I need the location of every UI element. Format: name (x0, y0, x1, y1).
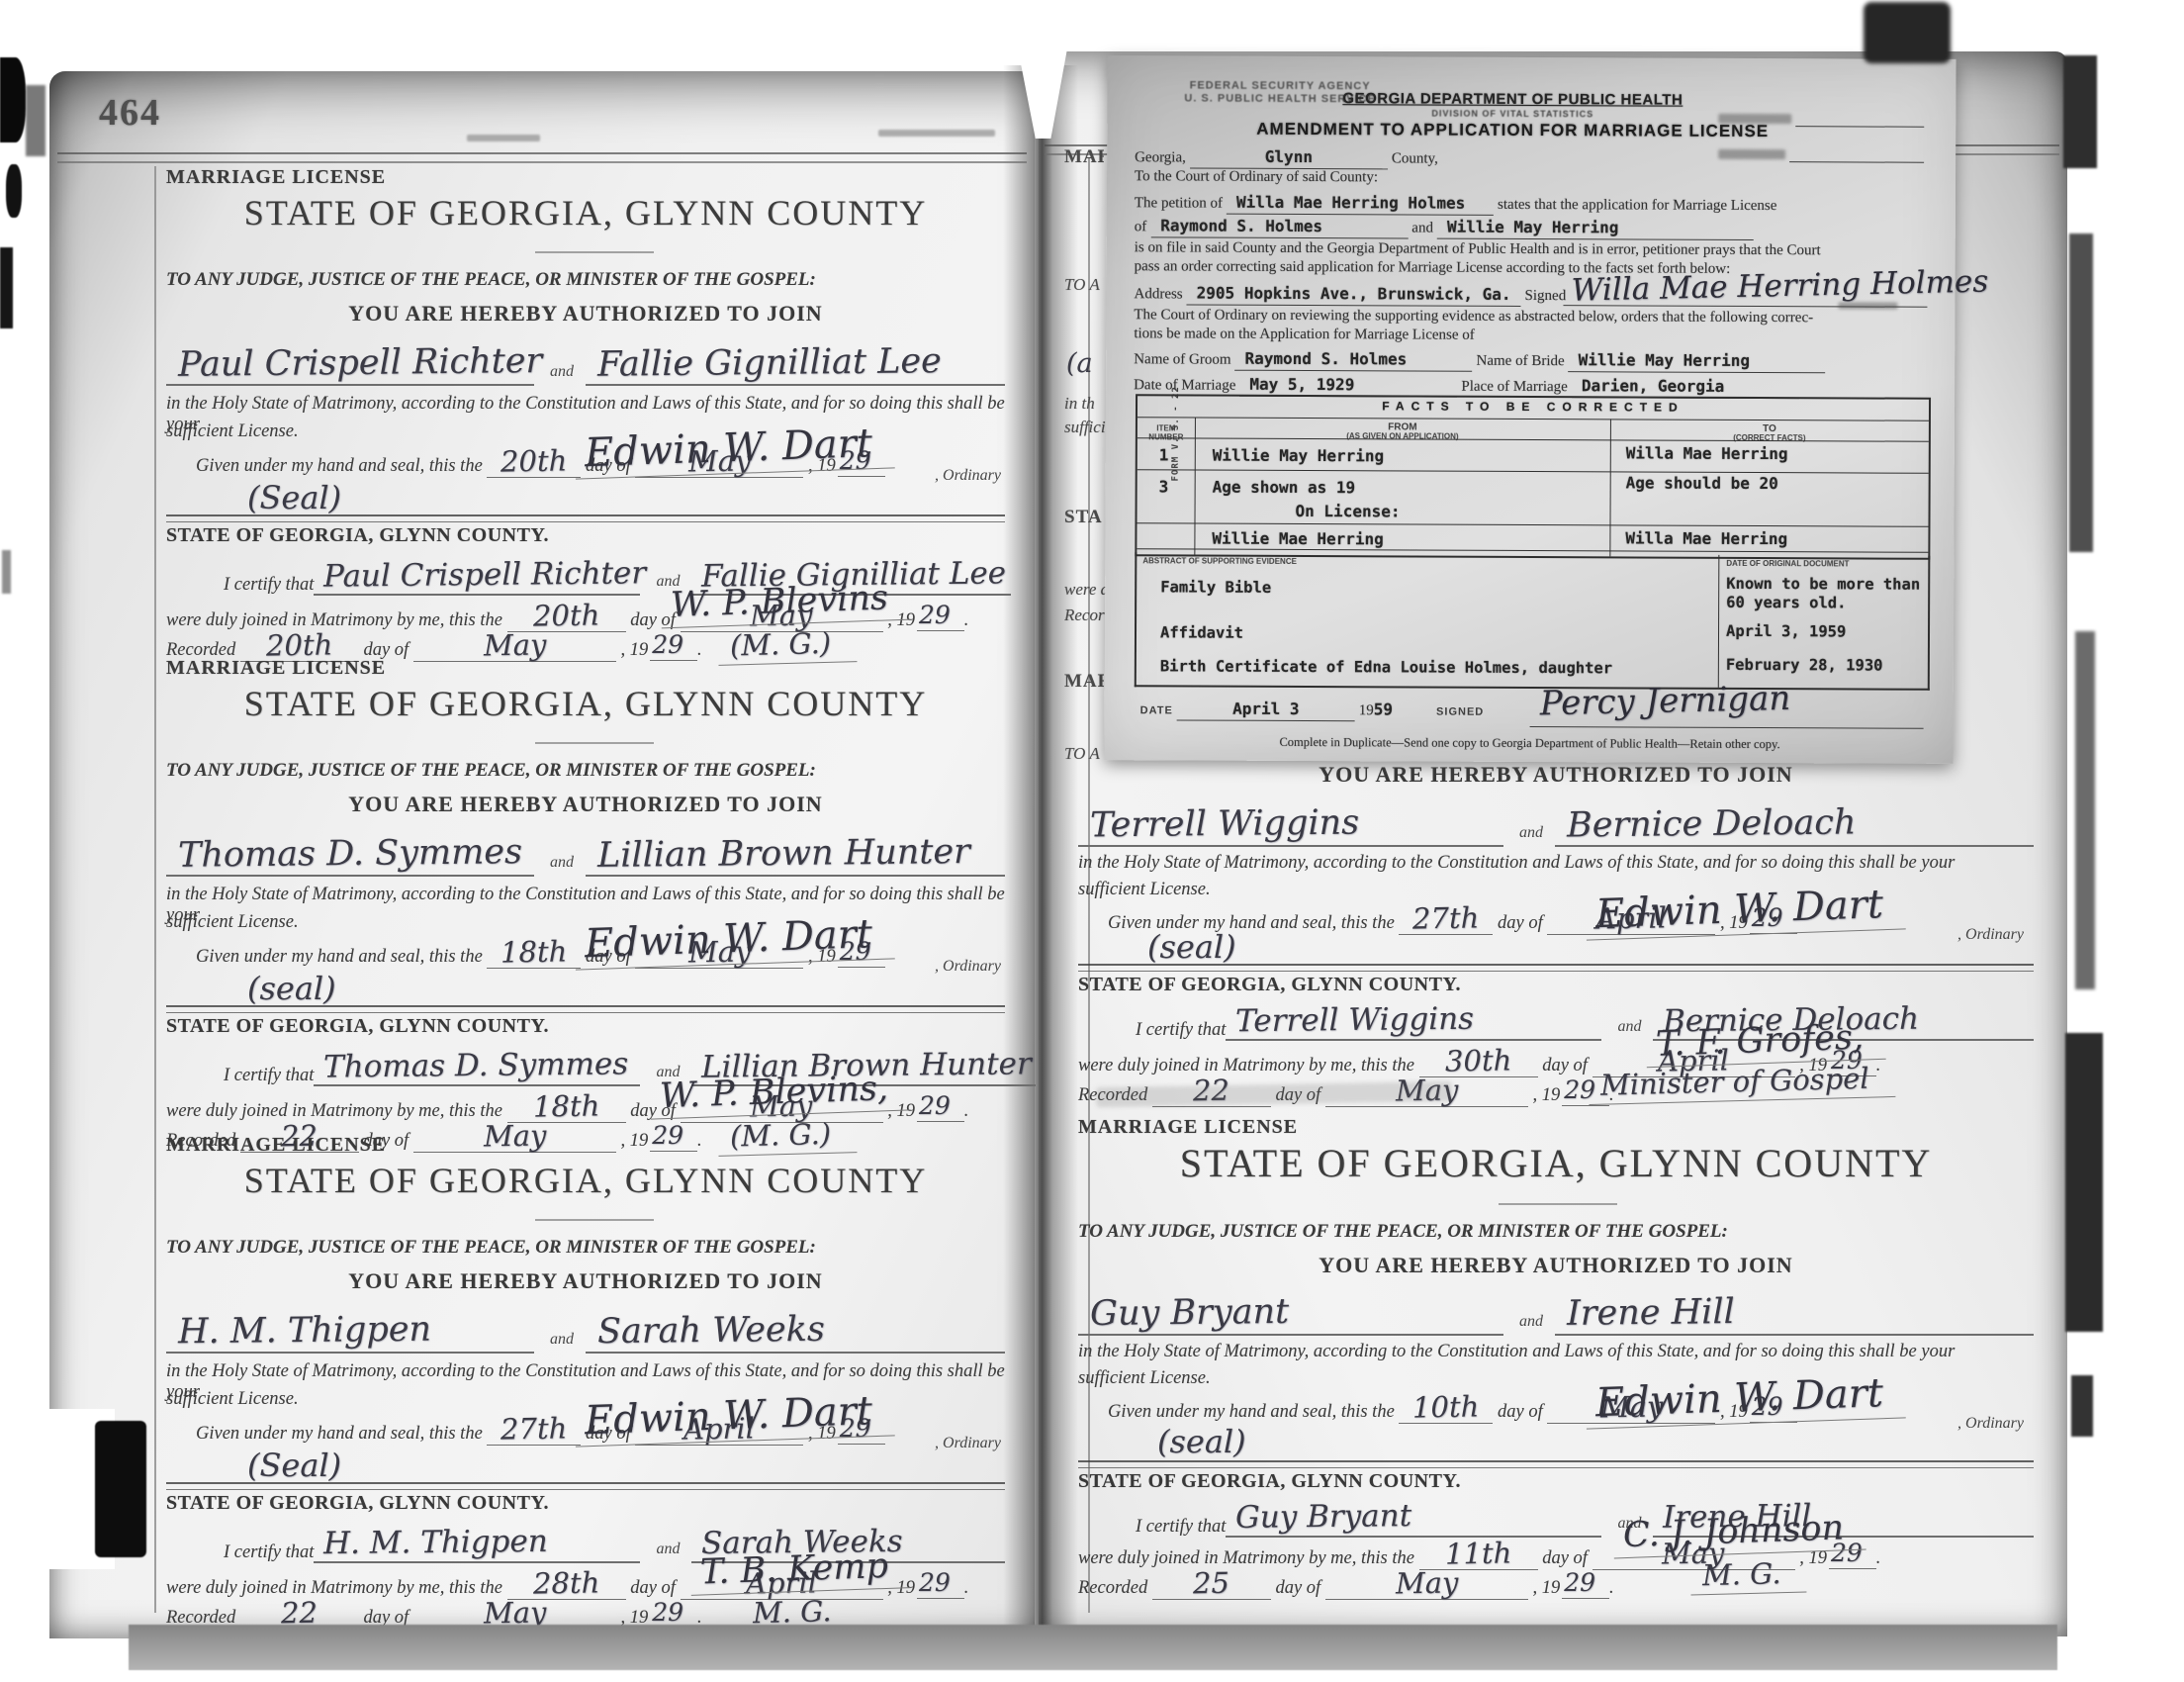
covered-text-fragment: (a (1066, 348, 1106, 379)
officiant-signature: C. J. Johnson (1612, 1508, 1865, 1559)
couple-names-line: Terrell Wiggins and Bernice Deloach (1078, 794, 2034, 847)
from-value: Age shown as 19 (1213, 478, 1356, 498)
form-division: DIVISION OF VITAL STATISTICS (1255, 108, 1770, 120)
title-flourish-rule (1499, 1203, 1617, 1205)
addressee-line: TO ANY JUDGE, JUSTICE OF THE PEACE, OR M… (166, 1237, 1005, 1259)
from-value: Willie Mae Herring (1212, 529, 1383, 549)
seal-note: (Seal) (247, 1447, 341, 1484)
married-year: 29 (917, 1091, 964, 1122)
evidence-item: Affidavit (1160, 623, 1243, 641)
evidence-date: February 28, 1930 (1726, 656, 1883, 675)
recorded-line: Recorded 25 day of May , 1929. (1078, 1569, 2034, 1601)
officiant-signature: T. B. Kemp (689, 1545, 910, 1596)
scan-artifact (0, 57, 26, 142)
bride-name: Irene Hill (1555, 1294, 1739, 1335)
groom-name: Thomas D. Symmes (314, 1049, 633, 1086)
married-day: 28th (533, 1568, 600, 1598)
groom-name: Guy Bryant (1078, 1294, 1294, 1335)
marriage-license-record-2: MARRIAGE LICENSE STATE OF GEORGIA, GLYNN… (166, 657, 1005, 1142)
court-line: To the Court of Ordinary of said County: (1135, 168, 1378, 186)
binder-imprint (878, 130, 995, 137)
col-item-header: ITEM NUMBER (1137, 423, 1195, 441)
bride-name: Bernice Deloach (1555, 805, 1861, 847)
received-by-line (1795, 112, 1924, 128)
evidence-item: Birth Certificate of Edna Louise Holmes,… (1160, 657, 1612, 677)
seal-note: (seal) (247, 970, 336, 1007)
evidence-date-header: DATE OF ORIGINAL DOCUMENT (1726, 559, 1924, 569)
address-line: Address 2905 Hopkins Ave., Brunswick, Ga… (1134, 283, 1566, 307)
groom-name: Terrell Wiggins (1078, 805, 1363, 847)
license-title: STATE OF GEORGIA, GLYNN COUNTY (1078, 1140, 2034, 1186)
petition-line: The petition of Willa Mae Herring Holmes… (1135, 192, 1777, 217)
i-certify-text: I certify that (224, 575, 314, 596)
groom-name: Paul Crispell Richter (166, 343, 547, 386)
marriage-license-label: MARRIAGE LICENSE (166, 166, 1005, 189)
bride-name: Lillian Brown Hunter (586, 834, 974, 877)
section-divider (1078, 964, 2034, 972)
addressee-line: TO ANY JUDGE, JUSTICE OF THE PEACE, OR M… (166, 269, 1005, 291)
married-day: 11th (1445, 1539, 1512, 1568)
marriage-license-record-4: YOU ARE HEREBY AUTHORIZED TO JOIN Terrel… (1078, 762, 2034, 1108)
groom-name: H. M. Thigpen (314, 1526, 552, 1562)
groom-name: Paul Crispell Richter (314, 558, 650, 596)
couple-names-line: Thomas D. Symmes and Lillian Brown Hunte… (166, 821, 1005, 877)
address-value: 2905 Hopkins Ave., Brunswick, Ga. (1197, 284, 1511, 304)
form-department-title: GEORGIA DEPARTMENT OF PUBLIC HEALTH (1255, 90, 1770, 109)
officiant-signature: W. P. Blevins, (649, 1068, 910, 1119)
married-year: 29 (917, 1568, 964, 1599)
amendment-groom: Raymond S. Holmes (1160, 216, 1322, 235)
section-divider (1078, 1460, 2034, 1468)
marriage-license-label: MARRIAGE LICENSE (1078, 1116, 2034, 1139)
groom-name: Thomas D. Symmes (166, 834, 526, 877)
state-county-line: Georgia, Glynn County, (1135, 146, 1438, 169)
married-day: 30th (1445, 1046, 1512, 1075)
addressee-line: TO ANY JUDGE, JUSTICE OF THE PEACE, OR M… (1078, 1221, 2034, 1243)
seal-note: (Seal) (247, 479, 341, 516)
evidence-header: ABSTRACT OF SUPPORTING EVIDENCE (1142, 556, 1297, 566)
married-year: 29 (917, 601, 964, 631)
authorized-line: YOU ARE HEREBY AUTHORIZED TO JOIN (166, 792, 1005, 817)
to-value: Willa Mae Herring (1625, 528, 1787, 548)
certification-heading: STATE OF GEORGIA, GLYNN COUNTY. (1078, 1470, 2034, 1493)
marriage-license-label: MARRIAGE LICENSE (166, 1134, 1005, 1157)
to-value: Age should be 20 (1626, 473, 1778, 493)
groom-name: Terrell Wiggins (1226, 1003, 1478, 1040)
scan-artifact (2063, 55, 2097, 168)
license-day: 27th (1412, 903, 1480, 933)
recorded-year: 29 (1562, 1568, 1609, 1599)
scan-artifact (6, 164, 22, 218)
facts-table-title: FACTS TO BE CORRECTED (1137, 398, 1929, 415)
groom-value: Raymond S. Holmes (1244, 349, 1407, 369)
recorded-day: 22 (281, 1599, 318, 1629)
petitioner-caption-smudge (1838, 302, 1897, 309)
and-word: and (534, 854, 586, 877)
holy-state-line: in the Holy State of Matrimony, accordin… (1078, 853, 2034, 874)
scanned-register-spread: 464 MARRIAGE LICENSE STATE OF GEORGIA, G… (0, 0, 2184, 1682)
petitioner-name: Willa Mae Herring Holmes (1236, 193, 1465, 213)
license-day: 20th (500, 446, 568, 476)
left-page-number: 464 (99, 91, 161, 135)
ordinary-label: , Ordinary (935, 1435, 1001, 1452)
married-day: 18th (533, 1091, 600, 1121)
county-no-smudge (1718, 149, 1785, 159)
evidence-date: Known to be more than 60 years old. (1726, 575, 1920, 613)
covered-text-fragment: MAR (1064, 671, 1104, 693)
scan-artifact (2069, 234, 2093, 552)
holy-state-line: in the Holy State of Matrimony, accordin… (1078, 1342, 2034, 1362)
license-day: 27th (500, 1414, 568, 1444)
supporting-evidence-box: ABSTRACT OF SUPPORTING EVIDENCE DATE OF … (1135, 552, 1931, 691)
covered-text-fragment: MAR (1064, 146, 1104, 168)
certification-heading: STATE OF GEORGIA, GLYNN COUNTY. (166, 1492, 1005, 1515)
county-value: Glynn (1265, 147, 1313, 166)
scan-artifact (95, 1421, 146, 1557)
given-under-text: Given under my hand and seal, this the (166, 456, 483, 476)
binder-imprint (467, 135, 540, 141)
covered-text-fragment: TO A (1064, 275, 1106, 295)
license-title: STATE OF GEORGIA, GLYNN COUNTY (166, 192, 1005, 234)
couple-names-line: Guy Bryant and Irene Hill (1078, 1282, 2034, 1336)
addressee-line: TO ANY JUDGE, JUSTICE OF THE PEACE, OR M… (166, 760, 1005, 782)
covered-text-fragment: Recor (1064, 606, 1108, 625)
amendment-form: FEDERAL SECURITY AGENCY U. S. PUBLIC HEA… (1104, 55, 1956, 764)
left-page-head-rule (57, 152, 1027, 163)
officiant-title: M. G. (1689, 1555, 1806, 1595)
ordinary-label: , Ordinary (1957, 926, 2024, 944)
scan-artifact (0, 247, 13, 328)
form-date-value: April 3 (1232, 700, 1300, 718)
couple-names-line: H. M. Thigpen and Sarah Weeks (166, 1298, 1005, 1354)
seal-note: (seal) (1147, 928, 1236, 966)
bride-value: Willie May Herring (1579, 350, 1750, 370)
evidence-item: Family Bible (1160, 578, 1271, 596)
groom-name: Guy Bryant (1226, 1500, 1415, 1537)
to-value: Willa Mae Herring (1626, 443, 1788, 463)
marriage-date: May 5, 1929 (1249, 375, 1354, 394)
authorized-line: YOU ARE HEREBY AUTHORIZED TO JOIN (166, 301, 1005, 327)
body-line-1: is on file in said County and the Georgi… (1135, 239, 1821, 259)
covered-text-fragment: STA (1064, 507, 1104, 528)
license-title: STATE OF GEORGIA, GLYNN COUNTY (166, 683, 1005, 724)
ordinary-label: , Ordinary (1957, 1415, 2024, 1433)
couple-line: of Raymond S. Holmes and Willie May Herr… (1135, 216, 1754, 240)
book-spine (1003, 65, 1078, 1636)
form-date-line: DATE April 3 1959 SIGNED (1140, 699, 1485, 722)
order-line-2: tions be made on the Application for Mar… (1134, 326, 1475, 344)
title-flourish-rule (535, 742, 654, 744)
certification-heading: STATE OF GEORGIA, GLYNN COUNTY. (166, 1015, 1005, 1038)
marriage-place: Darien, Georgia (1582, 376, 1725, 396)
covered-text-fragment: were d (1064, 580, 1110, 600)
certification-heading: STATE OF GEORGIA, GLYNN COUNTY. (1078, 974, 2034, 996)
officiant-signature: T. F. Grofes, (1645, 1017, 1885, 1068)
marriage-license-record-3: MARRIAGE LICENSE STATE OF GEORGIA, GLYNN… (166, 1134, 1005, 1619)
title-flourish-rule (535, 1219, 654, 1221)
from-value: On License: (1296, 502, 1401, 520)
license-day: 10th (1412, 1392, 1480, 1422)
certify-line: I certify that Guy Bryant and Irene Hill (1078, 1494, 2034, 1538)
section-divider (166, 1005, 1005, 1013)
recorded-day: 25 (1193, 1569, 1229, 1599)
amendment-bride: Willie May Herring (1447, 218, 1618, 237)
license-title: STATE OF GEORGIA, GLYNN COUNTY (166, 1160, 1005, 1201)
scan-artifact (2, 550, 11, 594)
certify-line: I certify that Terrell Wiggins and Berni… (1078, 997, 2034, 1041)
bride-name: Fallie Gignilliat Lee (586, 343, 946, 386)
form-date-year: 59 (1374, 700, 1393, 718)
received-by-smudge (1718, 114, 1791, 124)
couple-names-line: Paul Crispell Richter and Fallie Gignill… (166, 330, 1005, 386)
authorized-line: YOU ARE HEREBY AUTHORIZED TO JOIN (1078, 762, 2034, 788)
authorized-line: YOU ARE HEREBY AUTHORIZED TO JOIN (1078, 1253, 2034, 1278)
marriage-license-label: MARRIAGE LICENSE (166, 657, 1005, 680)
groom-bride-line: Name of Groom Raymond S. Holmes Name of … (1134, 348, 1826, 373)
ordinary-label: , Ordinary (935, 958, 1001, 976)
scan-artifact (2071, 1375, 2093, 1437)
recorded-month: May (1395, 1568, 1458, 1598)
ordinary-label: , Ordinary (935, 467, 1001, 485)
scan-artifact (26, 85, 45, 156)
covered-text-fragment: in th (1064, 394, 1108, 414)
groom-name: H. M. Thigpen (166, 1312, 435, 1354)
title-flourish-rule (535, 251, 654, 253)
seal-note: (seal) (1157, 1423, 1246, 1460)
item-number: 1 (1159, 445, 1169, 464)
bride-name: Sarah Weeks (586, 1312, 829, 1353)
form-footer: Complete in Duplicate—Send one copy to G… (1163, 734, 1895, 752)
county-no-line (1789, 147, 1924, 163)
covered-text-fragment: suffici (1064, 418, 1110, 437)
item-number: 3 (1159, 477, 1169, 496)
page-number-smudge (1864, 2, 1951, 63)
married-day: 20th (533, 601, 600, 630)
ordinary-signature-line (1530, 712, 1924, 729)
left-page-margin-line (154, 166, 156, 1613)
authorized-line: YOU ARE HEREBY AUTHORIZED TO JOIN (166, 1268, 1005, 1294)
section-divider (166, 1482, 1005, 1490)
section-divider (166, 514, 1005, 522)
evidence-date: April 3, 1959 (1726, 622, 1846, 641)
facts-to-be-corrected-table: FACTS TO BE CORRECTED ITEM NUMBER FROM (… (1135, 394, 1931, 560)
license-day: 18th (500, 937, 568, 967)
scan-artifact (2075, 631, 2095, 989)
marriage-license-record-1: MARRIAGE LICENSE STATE OF GEORGIA, GLYNN… (166, 166, 1005, 661)
marriage-license-record-5: MARRIAGE LICENSE STATE OF GEORGIA, GLYNN… (1078, 1116, 2034, 1591)
book-bottom-edge (129, 1625, 2057, 1670)
officiant-signature: W. P. Blevins (660, 578, 910, 629)
certification-heading: STATE OF GEORGIA, GLYNN COUNTY. (166, 524, 1005, 547)
order-line-1: The Court of Ordinary on reviewing the s… (1134, 307, 1813, 327)
scan-artifact (2065, 1033, 2103, 1332)
covered-text-fragment: TO A (1064, 744, 1106, 764)
from-value: Willie May Herring (1213, 446, 1384, 466)
